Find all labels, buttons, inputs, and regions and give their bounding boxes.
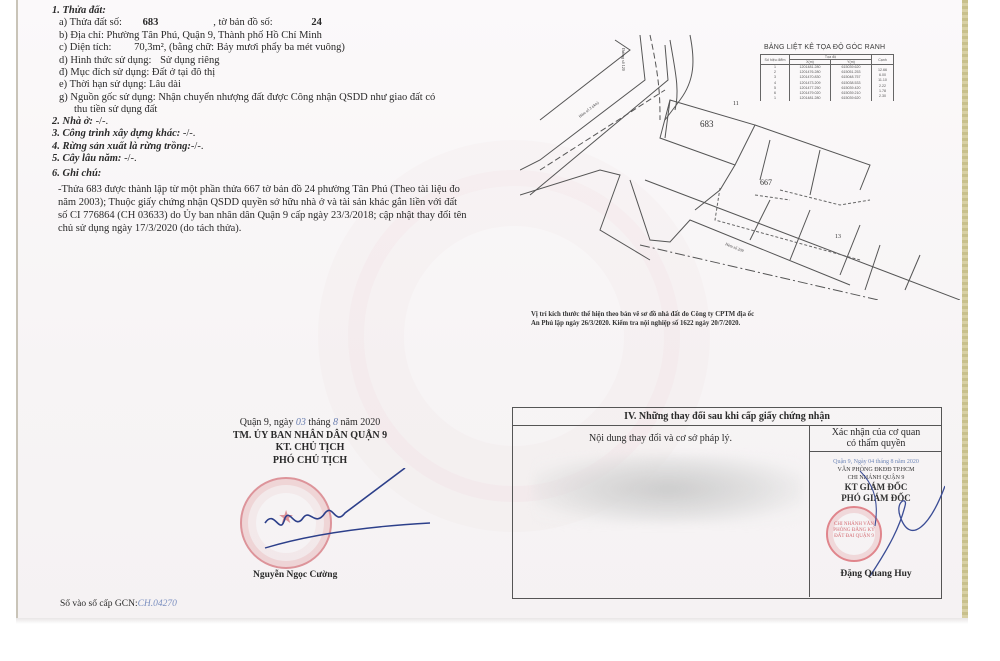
map-label-parcel-11: 11 <box>733 101 739 107</box>
parcel-label: a) Thửa đất số: <box>59 17 122 28</box>
changes-table: IV. Những thay đổi sau khi cấp giấy chứn… <box>512 407 942 599</box>
parcel-row: a) Thửa đất số: 683 , tờ bản đồ số: 24 <box>52 17 435 29</box>
changes-title: IV. Những thay đổi sau khi cấp giấy chứn… <box>513 408 941 426</box>
duration-value: Lâu dài <box>149 79 181 90</box>
coord-cell-x: 1201481.280 <box>790 96 831 101</box>
redacted-content <box>533 454 803 524</box>
section-value: -/-. <box>183 128 196 139</box>
section-label: 2. Nhà ở: <box>52 116 93 127</box>
signer-name: Nguyễn Ngọc Cường <box>253 570 337 580</box>
map-label-parcel-13: 13 <box>835 234 841 240</box>
sign-role1: KT. CHỦ TỊCH <box>210 442 410 455</box>
sign-org: TM. ỦY BAN NHÂN DÂN QUẬN 9 <box>210 430 410 443</box>
coord-cell-y: 615039.620 <box>831 96 872 101</box>
page-edge-border <box>962 0 968 622</box>
origin-label: g) Nguồn gốc sử dụng: <box>59 92 156 103</box>
map-sheet-label: , tờ bản đồ số: <box>195 17 273 28</box>
land-plot-heading: 1. Thửa đất: <box>52 5 435 17</box>
changes-confirm-column: Xác nhận của cơ quan có thẩm quyền Quận … <box>809 426 942 597</box>
registry-label: Số vào sổ cấp GCN: <box>60 599 138 609</box>
coord-table-title: BẢNG LIỆT KÊ TỌA ĐỘ GÓC RANH <box>764 44 885 51</box>
map-label-parcel-667: 667 <box>760 178 772 187</box>
changes-confirm-header: Xác nhận của cơ quan có thẩm quyền <box>810 426 942 452</box>
section-notes: 6. Ghi chú: <box>52 168 203 180</box>
map-label-parcel-683: 683 <box>700 119 714 129</box>
section-value: -/-. <box>191 141 204 152</box>
month-label: tháng <box>308 417 330 428</box>
sign-role2: PHÓ CHỦ TỊCH <box>210 455 410 468</box>
usage-form-row: d) Hình thức sử dụng: Sử dụng riêng <box>52 55 435 67</box>
coord-cell-point: 1 <box>761 96 790 101</box>
section-label: 3. Công trình xây dựng khác: <box>52 128 180 139</box>
date-day: 03 <box>296 417 306 428</box>
section-house: 2. Nhà ở: -/-. <box>52 116 203 128</box>
origin-value-line2: thu tiền sử dụng đất <box>52 104 435 116</box>
origin-row: g) Nguồn gốc sử dụng: Nhận chuyển nhượng… <box>52 92 435 104</box>
edge-length: 2.30 <box>875 94 890 99</box>
page-bottom-edge <box>16 618 968 624</box>
date-month: 8 <box>333 417 338 428</box>
duration-row: e) Thời hạn sử dụng: Lâu dài <box>52 79 435 91</box>
land-plot-section: 1. Thửa đất: a) Thửa đất số: 683 , tờ bả… <box>52 5 435 117</box>
section-value: -/-. <box>124 153 137 164</box>
confirm-signer-name: Đặng Quang Huy <box>810 569 942 579</box>
col-point: Số hiệu điểm <box>761 55 790 65</box>
parcel-map: 683 667 11 13 Hẻm số 2 (4m) Hẻm số 209 Đ… <box>520 20 960 300</box>
other-sections: 2. Nhà ở: -/-. 3. Công trình xây dựng kh… <box>52 116 203 180</box>
col-edge: Cạnh <box>872 55 894 65</box>
purpose-row: đ) Mục đích sử dụng: Đất ở tại đô thị <box>52 67 435 79</box>
registry-value: CH.04270 <box>138 599 177 609</box>
address-value: Phường Tân Phú, Quận 9, Thành phố Hồ Chí… <box>107 30 322 41</box>
sign-date: Quận 9, ngày 03 tháng 8 năm 2020 <box>210 417 410 430</box>
map-note-line1: Vị trí kích thước thể hiện theo bản vẽ s… <box>531 310 831 319</box>
section-production-forest: 4. Rừng sản xuất là rừng trồng:-/-. <box>52 141 203 153</box>
area-row: c) Diện tích: 70,3m², (bằng chữ: Bảy mươ… <box>52 42 435 54</box>
area-value: 70,3m², (bằng chữ: Bảy mươi phẩy ba mét … <box>114 42 345 53</box>
coord-edges: 12.666.0011.102.221.782.30 <box>872 65 894 102</box>
map-note-line2: An Phú lập ngày 26/3/2020. Kiểm tra nội … <box>531 319 831 328</box>
purpose-label: đ) Mục đích sử dụng: <box>59 67 149 78</box>
section-label: 5. Cây lâu năm: <box>52 153 121 164</box>
map-sheet-number: 24 <box>275 17 322 28</box>
address-label: b) Địa chỉ: <box>59 30 104 41</box>
area-label: c) Diện tích: <box>59 42 111 53</box>
signature-stroke <box>255 468 435 558</box>
changes-content-header: Nội dung thay đổi và cơ sở pháp lý. <box>513 426 808 452</box>
notes-text: -Thửa 683 được thành lập từ một phần thử… <box>58 183 468 235</box>
registry-number: Số vào sổ cấp GCN:CH.04270 <box>60 599 177 609</box>
coord-table: Số hiệu điểm Tọa độ Cạnh X(m) Y(m) 11201… <box>760 54 894 101</box>
date-prefix: Quận 9, ngày <box>240 417 294 428</box>
changes-content-column: Nội dung thay đổi và cơ sở pháp lý. <box>513 426 808 597</box>
confirm-header-line1: Xác nhận của cơ quan <box>810 427 942 438</box>
confirm-header-line2: có thẩm quyền <box>810 438 942 449</box>
map-note: Vị trí kích thước thể hiện theo bản vẽ s… <box>531 310 831 328</box>
address-row: b) Địa chỉ: Phường Tân Phú, Quận 9, Thàn… <box>52 30 435 42</box>
map-label-road-209: Hẻm số 209 <box>725 241 745 253</box>
usage-form-label: d) Hình thức sử dụng: <box>59 55 151 66</box>
section-value: -/-. <box>96 116 109 127</box>
confirm-date: Quận 9, Ngày 04 tháng 8 năm 2020 <box>810 458 942 466</box>
section-label: 6. Ghi chú: <box>52 168 101 179</box>
section-label: 4. Rừng sản xuất là rừng trồng: <box>52 141 191 152</box>
confirm-signature-stroke <box>850 466 945 576</box>
origin-value-line1: Nhận chuyển nhượng đất được Công nhận QS… <box>158 92 435 103</box>
usage-form-value: Sử dụng riêng <box>154 55 219 66</box>
signature-block: Quận 9, ngày 03 tháng 8 năm 2020 TM. ỦY … <box>210 417 410 467</box>
section-other-construction: 3. Công trình xây dựng khác: -/-. <box>52 128 203 140</box>
duration-label: e) Thời hạn sử dụng: <box>59 79 146 90</box>
map-label-road-2: Hẻm số 2 (4m) <box>578 100 601 119</box>
section-perennial-trees: 5. Cây lâu năm: -/-. <box>52 153 203 165</box>
map-label-road-120: Đường số 120 <box>621 48 626 71</box>
purpose-value: Đất ở tại đô thị <box>152 67 215 78</box>
year-label: năm 2020 <box>341 417 381 428</box>
parcel-number: 683 <box>125 17 193 29</box>
